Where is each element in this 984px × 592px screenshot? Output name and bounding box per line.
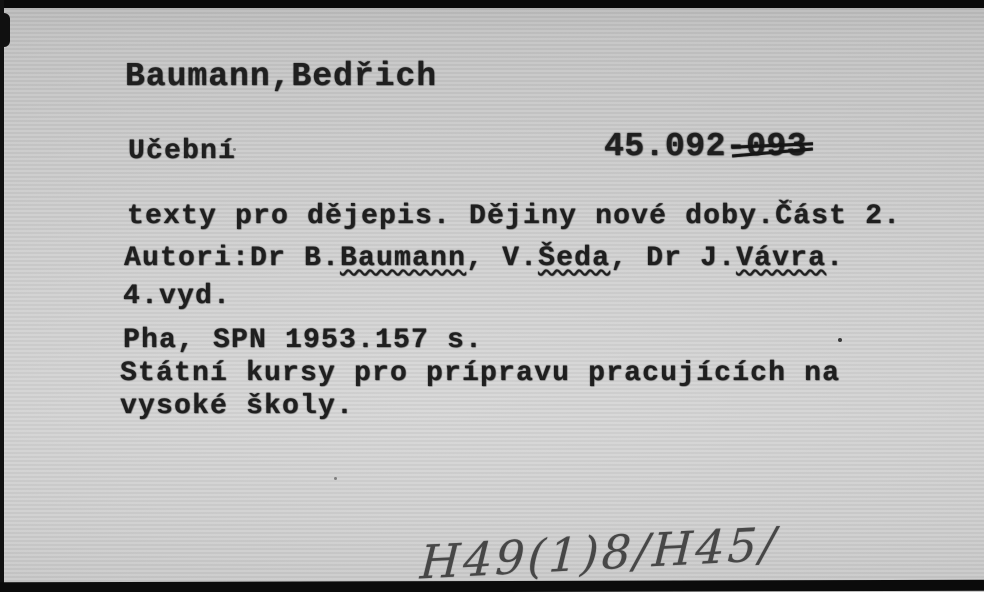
scan-edge-left [0,0,4,592]
author-name-3: Vávra [736,243,826,274]
paper-speck [838,338,842,342]
scan-edge-top [0,0,984,8]
paper-speck [789,200,792,203]
authors-sep-1: , V. [466,243,538,274]
imprint-line: Pha, SPN 1953.157 s. [123,325,483,357]
call-number-kept: 45.092- [604,128,746,165]
call-number-struck: 093 [746,131,807,163]
call-number: 45.092-093 [604,131,807,163]
authors-line: Autori:Dr B.Baumann, V.Šeda, Dr J.Vávra. [124,243,844,275]
series-line-1: Státní kursy pro prípravu pracujících na [120,358,840,390]
author-name-1: Baumann [340,243,466,274]
title-continuation: texty pro dějepis. Dějiny nové doby.Část… [127,201,901,233]
authors-sep-2: , Dr J. [610,243,736,274]
authors-pre: Autori:Dr B. [124,243,340,274]
series-line-2: vysoké školy. [120,391,354,423]
paper-speck [233,148,236,151]
paper-speck [334,477,337,480]
handwritten-shelfmark: H49(1)8/H45/ [419,517,780,590]
catalog-card-scan: Baumann,Bedřich Učební 45.092-093 texty … [0,0,984,592]
author-name-2: Šeda [538,243,610,274]
scan-edge-blob [0,13,10,47]
title-first-word: Učební [128,136,236,168]
authors-end: . [826,243,844,274]
edition-line: 4.vyd. [123,281,231,313]
author-heading: Baumann,Bedřich [125,61,437,93]
